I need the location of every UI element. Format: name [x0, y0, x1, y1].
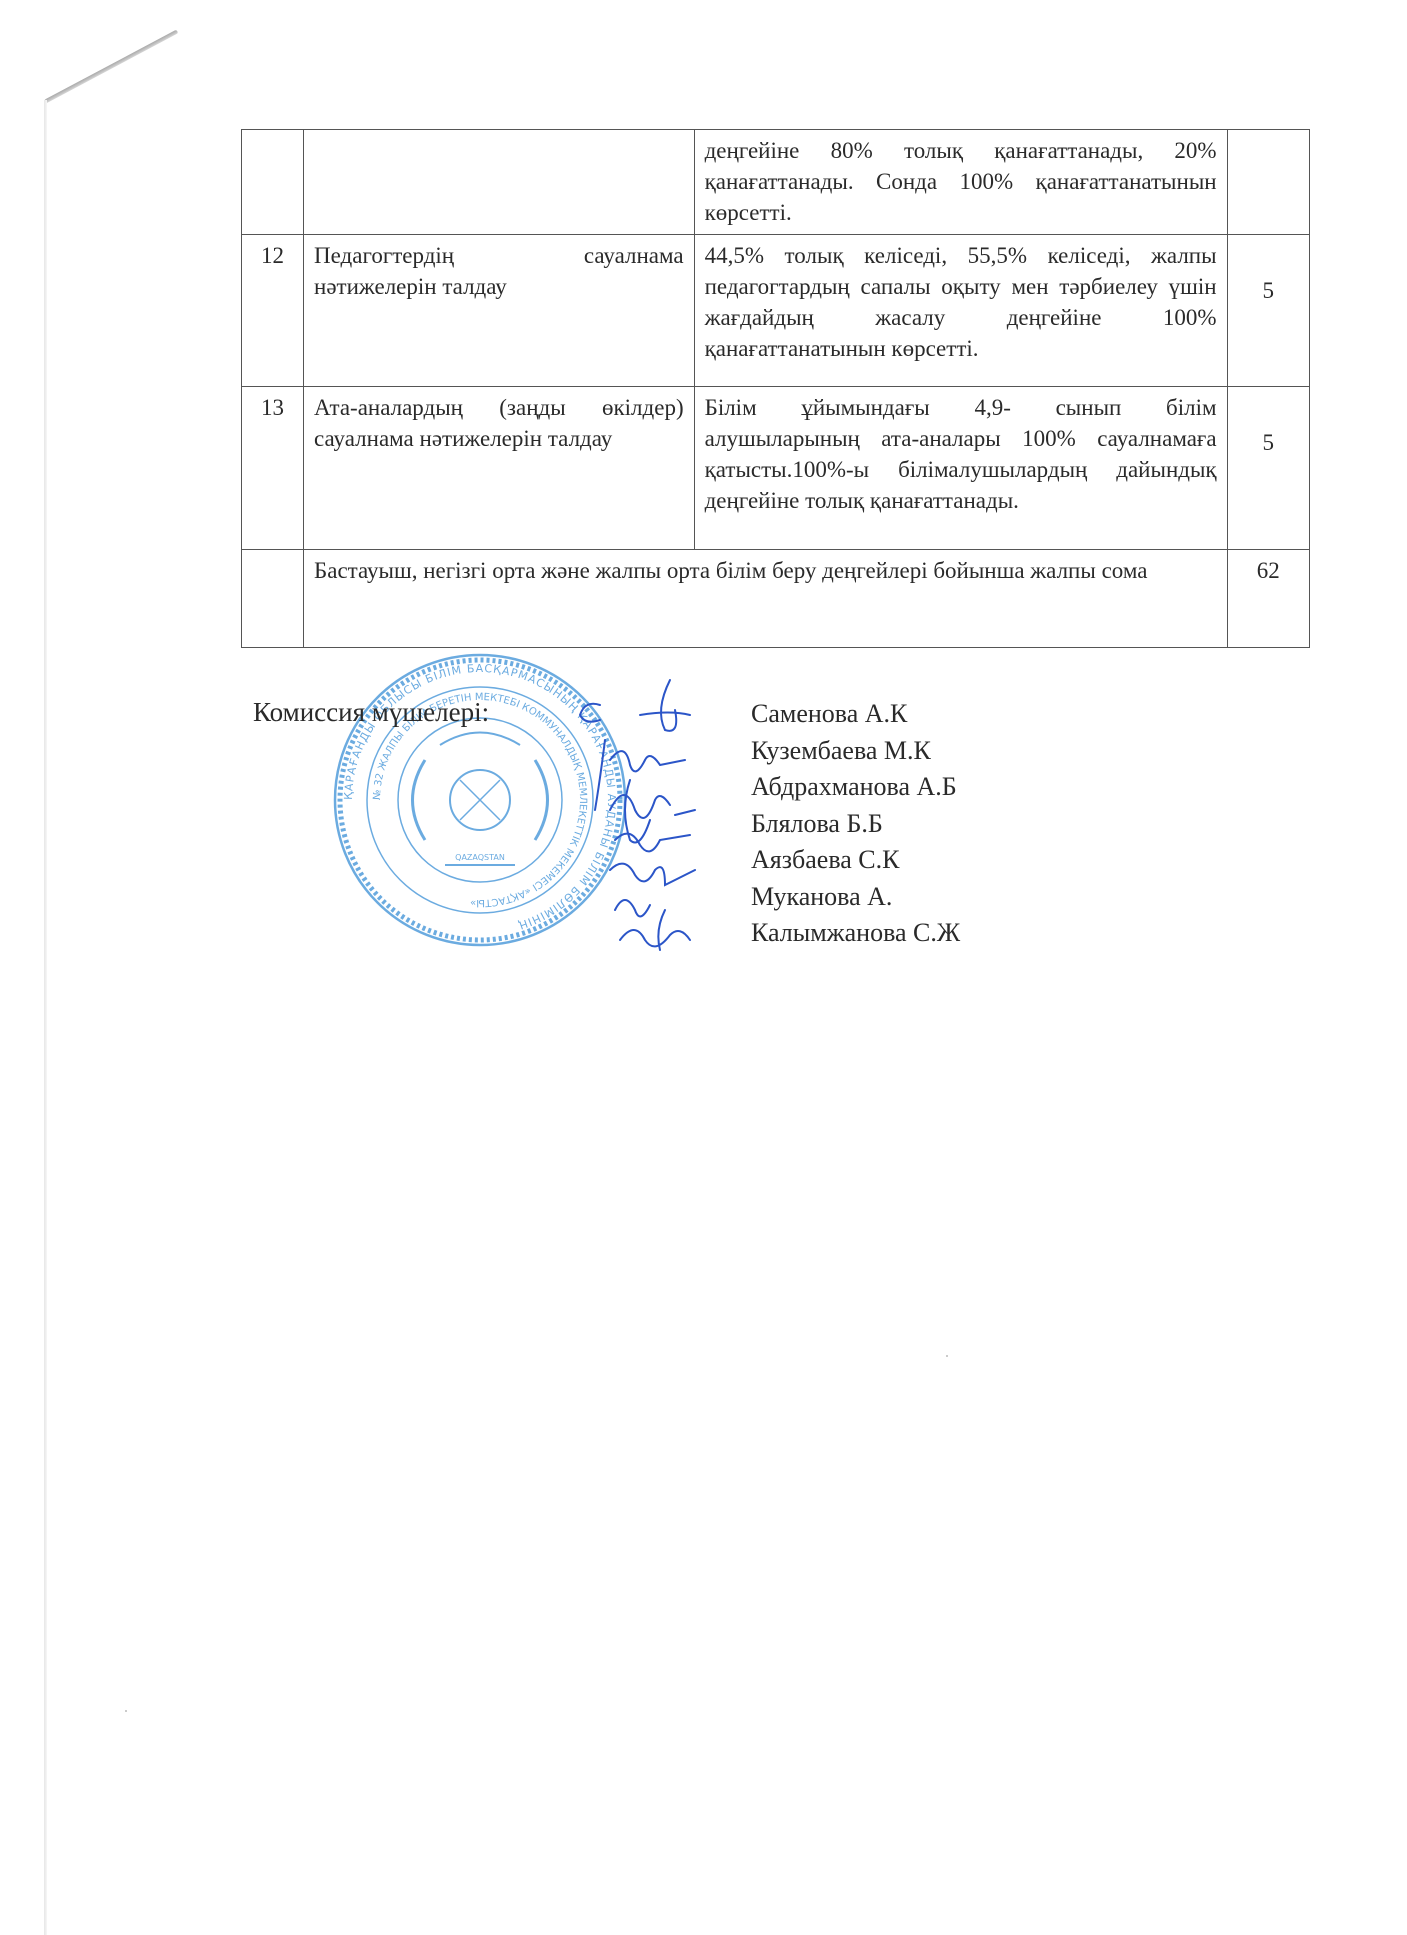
table-row: 12 Педагогтердің сауалнама нәтижелерін т… — [242, 235, 1310, 387]
row-criterion: Ата-аналардың (заңды өкілдер) сауалнама … — [304, 387, 695, 550]
total-label: Бастауыш, негізгі орта және жалпы орта б… — [304, 550, 1228, 648]
member-name: Аязбаева С.К — [751, 842, 960, 879]
row-number — [242, 130, 304, 235]
row-number: 12 — [242, 235, 304, 387]
row-criterion — [304, 130, 695, 235]
row-number: 13 — [242, 387, 304, 550]
table-row: деңгейіне 80% толық қанағаттанады, 20% қ… — [242, 130, 1310, 235]
member-name: Калымжанова С.Ж — [751, 915, 960, 952]
table-row: 13 Ата-аналардың (заңды өкілдер) сауална… — [242, 387, 1310, 550]
signatures-icon — [560, 670, 760, 970]
row-score — [1227, 130, 1309, 235]
scan-edge-shadow — [44, 100, 47, 1935]
member-name: Абдрахманова А.Б — [751, 769, 960, 806]
commission-members-list: Саменова А.К Куземба­ева М.К Абдрахманов… — [751, 696, 960, 952]
row-description: деңгейіне 80% толық қанағаттанады, 20% қ… — [694, 130, 1227, 235]
scan-speck — [125, 1710, 127, 1712]
member-name: Муканова А. — [751, 879, 960, 916]
evaluation-table: деңгейіне 80% толық қанағаттанады, 20% қ… — [241, 129, 1310, 648]
total-score: 62 — [1227, 550, 1309, 648]
total-row: Бастауыш, негізгі орта және жалпы орта б… — [242, 550, 1310, 648]
row-score: 5 — [1227, 387, 1309, 550]
total-number — [242, 550, 304, 648]
row-criterion: Педагогтердің сауалнама нәтижелерін талд… — [304, 235, 695, 387]
member-name: Блялова Б.Б — [751, 806, 960, 843]
svg-text:QAZAQSTAN: QAZAQSTAN — [455, 853, 505, 862]
row-description: 44,5% толық келіседі, 55,5% келіседі, жа… — [694, 235, 1227, 387]
row-description: Білім ұйымындағы 4,9- сынып білім алушыл… — [694, 387, 1227, 550]
scan-edge-artifact — [44, 30, 178, 104]
member-name: Куземба­ева М.К — [751, 733, 960, 770]
commission-label: Комиссия мүшелері: — [253, 697, 489, 728]
scan-speck — [946, 1355, 948, 1357]
row-score: 5 — [1227, 235, 1309, 387]
member-name: Саменова А.К — [751, 696, 960, 733]
